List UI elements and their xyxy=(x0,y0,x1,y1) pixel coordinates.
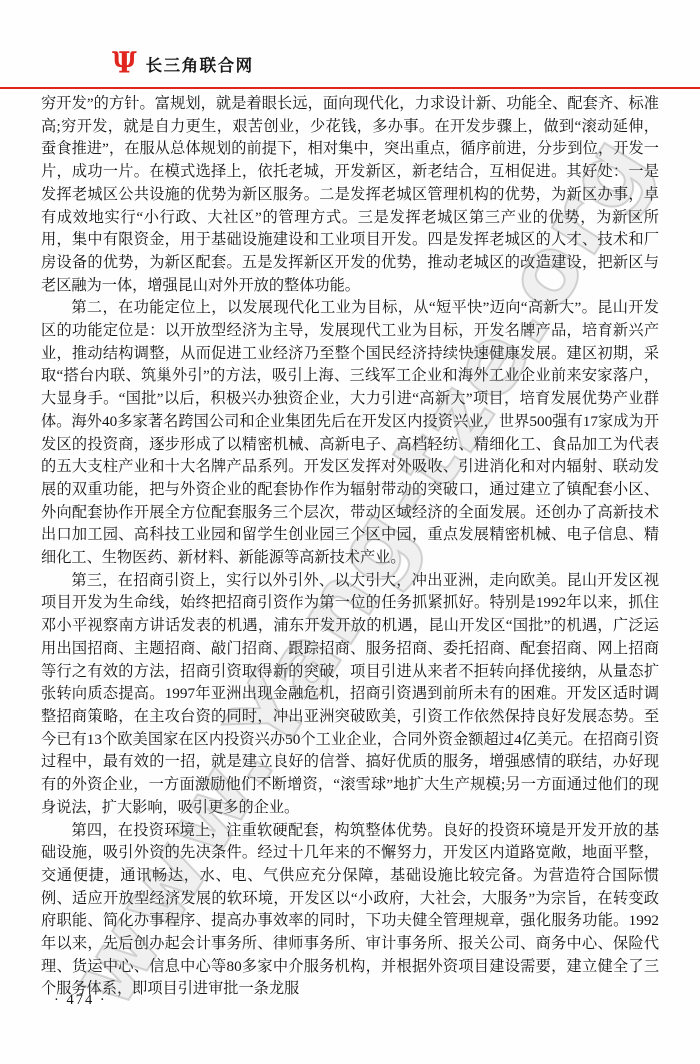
site-logo-icon: Ψ xyxy=(112,49,137,78)
paragraph: 第三，在招商引资上，实行以外引外、以大引大，冲出亚洲，走向欧美。昆山开发区视项目… xyxy=(41,570,659,820)
site-header: Ψ 长三角联合网 xyxy=(112,50,254,77)
page-number: · 474 · xyxy=(54,992,107,1009)
body-text: 穷开发”的方针。富规划，就是着眼长远，面向现代化，力求设计新、功能全、配套齐、标… xyxy=(41,93,659,1001)
document-page: Ψ 长三角联合网 www.Yang-tze.org 穷开发”的方针。富规划，就是… xyxy=(0,0,700,1064)
paragraph: 第四，在投资环境上，注重软硬配套，构筑整体优势。良好的投资环境是开发开放的基础设… xyxy=(41,820,659,1002)
site-name: 长三角联合网 xyxy=(146,52,254,76)
paragraph: 第二，在功能定位上，以发展现代化工业为目标，从“短平快”迈向“高新大”。昆山开发… xyxy=(41,297,659,569)
paragraph: 穷开发”的方针。富规划，就是着眼长远，面向现代化，力求设计新、功能全、配套齐、标… xyxy=(41,93,659,297)
header-divider xyxy=(0,87,700,89)
